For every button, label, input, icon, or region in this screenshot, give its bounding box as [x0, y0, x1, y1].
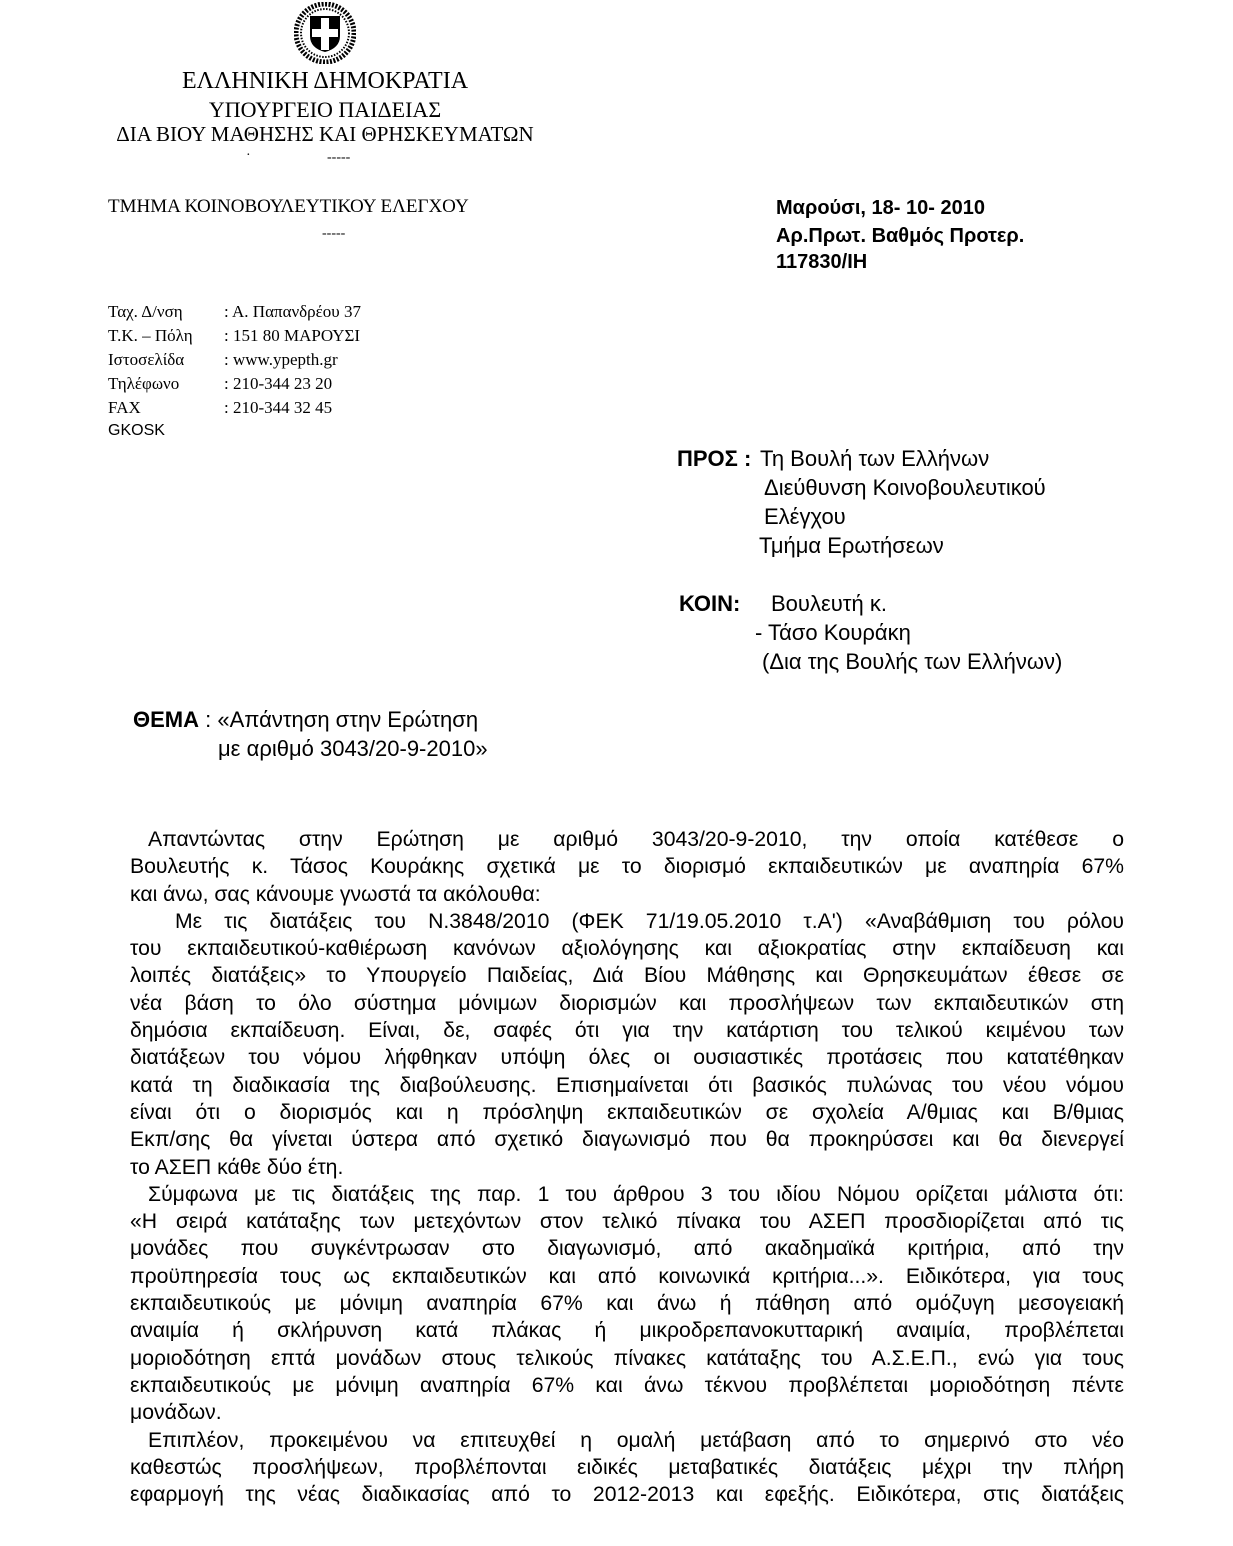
- letterhead-ministry: ΥΠΟΥΡΓΕΙΟ ΠΑΙΔΕΙΑΣ: [75, 97, 575, 123]
- letter-body: Απαντώντας στην Ερώτηση με αριθμό 3043/2…: [130, 826, 1124, 1508]
- body-line: μοριοδότηση επτά μονάδων στους τελικούς …: [130, 1345, 1124, 1372]
- body-line: Με τις διατάξεις του Ν.3848/2010 (ΦΕΚ 71…: [130, 908, 1124, 935]
- body-line: καθεστώς προσλήψεων, προβλέπονται ειδικέ…: [130, 1454, 1124, 1481]
- contact-label: Τηλέφωνο: [108, 372, 224, 396]
- cc-line: (Δια της Βουλής των Ελλήνων): [762, 647, 1062, 676]
- contact-value: : Α. Παπανδρέου 37: [224, 302, 361, 321]
- contact-value: : 210-344 23 20: [224, 374, 332, 393]
- letterhead-dot: ·: [246, 148, 251, 164]
- to-line: Τμήμα Ερωτήσεων: [759, 531, 944, 560]
- contact-address: Ταχ. Δ/νση: Α. Παπανδρέου 37: [108, 300, 361, 324]
- body-line: το ΑΣΕΠ κάθε δύο έτη.: [130, 1154, 1124, 1181]
- subject-line-2: με αριθμό 3043/20-9-2010»: [218, 734, 488, 764]
- contact-label: Ταχ. Δ/νση: [108, 300, 224, 324]
- contact-fax: FAX: 210-344 32 45: [108, 396, 332, 420]
- department-separator: -----: [322, 226, 345, 242]
- to-line: Τη Βουλή των Ελλήνων: [760, 444, 989, 473]
- body-line: Επιπλέον, προκειμένου να επιτευχθεί η ομ…: [130, 1427, 1124, 1454]
- body-line: του εκπαιδευτικού-καθιέρωση κανόνων αξιο…: [130, 935, 1124, 962]
- author-initials: GKOSK: [108, 422, 165, 440]
- cc-line: Βουλευτή κ.: [771, 589, 887, 618]
- body-line: λοιπές διατάξεις» το Υπουργείο Παιδείας,…: [130, 962, 1124, 989]
- letterhead-ministry-sub: ΔΙΑ ΒΙΟΥ ΜΑΘΗΣΗΣ ΚΑΙ ΘΡΗΣΚΕΥΜΑΤΩΝ: [75, 122, 575, 147]
- body-line: «Η σειρά κατάταξης των μετεχόντων στον τ…: [130, 1208, 1124, 1235]
- body-line: νέα βάση το όλο σύστημα μόνιμων διορισμώ…: [130, 990, 1124, 1017]
- body-line: Σύμφωνα με τις διατάξεις της παρ. 1 του …: [130, 1181, 1124, 1208]
- to-line: Διεύθυνση Κοινοβουλευτικού: [764, 473, 1046, 502]
- to-line: Ελέγχου: [764, 502, 846, 531]
- department-name: ΤΜΗΜΑ ΚΟΙΝΟΒΟΥΛΕΥΤΙΚΟΥ ΕΛΕΓΧΟΥ: [108, 196, 469, 218]
- to-label: ΠΡΟΣ :: [677, 444, 751, 473]
- body-line: Εκπ/σης θα γίνεται ύστερα από σχετικό δι…: [130, 1126, 1124, 1153]
- contact-label: Τ.Κ. – Πόλη: [108, 324, 224, 348]
- body-line: κατά τη διαδικασία της διαβούλευσης. Επι…: [130, 1072, 1124, 1099]
- body-line: διατάξεων του νόμου λήφθηκαν υπόψη όλες …: [130, 1044, 1124, 1071]
- body-line: Απαντώντας στην Ερώτηση με αριθμό 3043/2…: [130, 826, 1124, 853]
- body-line: εφαρμογή της νέας διαδικασίας από το 201…: [130, 1481, 1124, 1508]
- letterhead-separator: -----: [327, 150, 350, 166]
- place-date: Μαρούσι, 18- 10- 2010: [776, 194, 985, 222]
- protocol-label: Αρ.Πρωτ. Βαθμός Προτερ.: [776, 222, 1024, 250]
- body-line: μονάδων.: [130, 1399, 1124, 1426]
- subject-text: : «Απάντηση στην Ερώτηση: [199, 707, 478, 732]
- body-line: προϋπηρεσία τους ως εκπαιδευτικών και απ…: [130, 1263, 1124, 1290]
- contact-website: Ιστοσελίδα: www.ypepth.gr: [108, 348, 338, 372]
- cc-line: - Τάσο Κουράκη: [755, 618, 911, 647]
- contact-value: : www.ypepth.gr: [224, 350, 338, 369]
- body-line: εκπαιδευτικούς με μόνιμη αναπηρία 67% κα…: [130, 1290, 1124, 1317]
- body-line: μονάδες που συγκέντρωσαν στο διαγωνισμό,…: [130, 1235, 1124, 1262]
- body-line: εκπαιδευτικούς με μόνιμη αναπηρία 67% κα…: [130, 1372, 1124, 1399]
- body-line: αναιμία ή σκλήρυνση κατά πλάκας ή μικροδ…: [130, 1317, 1124, 1344]
- contact-label: FAX: [108, 396, 224, 420]
- contact-postcode: Τ.Κ. – Πόλη: 151 80 ΜΑΡΟΥΣΙ: [108, 324, 360, 348]
- protocol-number: 117830/ΙΗ: [776, 248, 867, 276]
- contact-label: Ιστοσελίδα: [108, 348, 224, 372]
- greek-coat-of-arms-icon: [294, 2, 356, 64]
- body-line: και άνω, σας κάνουμε γνωστά τα ακόλουθα:: [130, 881, 1124, 908]
- letterhead-country: ΕΛΛΗΝΙΚΗ ΔΗΜΟΚΡΑΤΙΑ: [75, 68, 575, 95]
- subject-label: ΘΕΜΑ: [133, 707, 199, 732]
- contact-value: : 151 80 ΜΑΡΟΥΣΙ: [224, 326, 360, 345]
- subject-line: ΘΕΜΑ : «Απάντηση στην Ερώτηση: [133, 705, 478, 735]
- contact-value: : 210-344 32 45: [224, 398, 332, 417]
- body-line: δημόσια εκπαίδευση. Είναι, δε, σαφές ότι…: [130, 1017, 1124, 1044]
- body-line: Βουλευτής κ. Τάσος Κουράκης σχετικά με τ…: [130, 853, 1124, 880]
- contact-phone: Τηλέφωνο: 210-344 23 20: [108, 372, 332, 396]
- cc-label: ΚΟΙΝ:: [679, 589, 740, 618]
- body-line: είναι ότι ο διορισμός και η πρόσληψη εκπ…: [130, 1099, 1124, 1126]
